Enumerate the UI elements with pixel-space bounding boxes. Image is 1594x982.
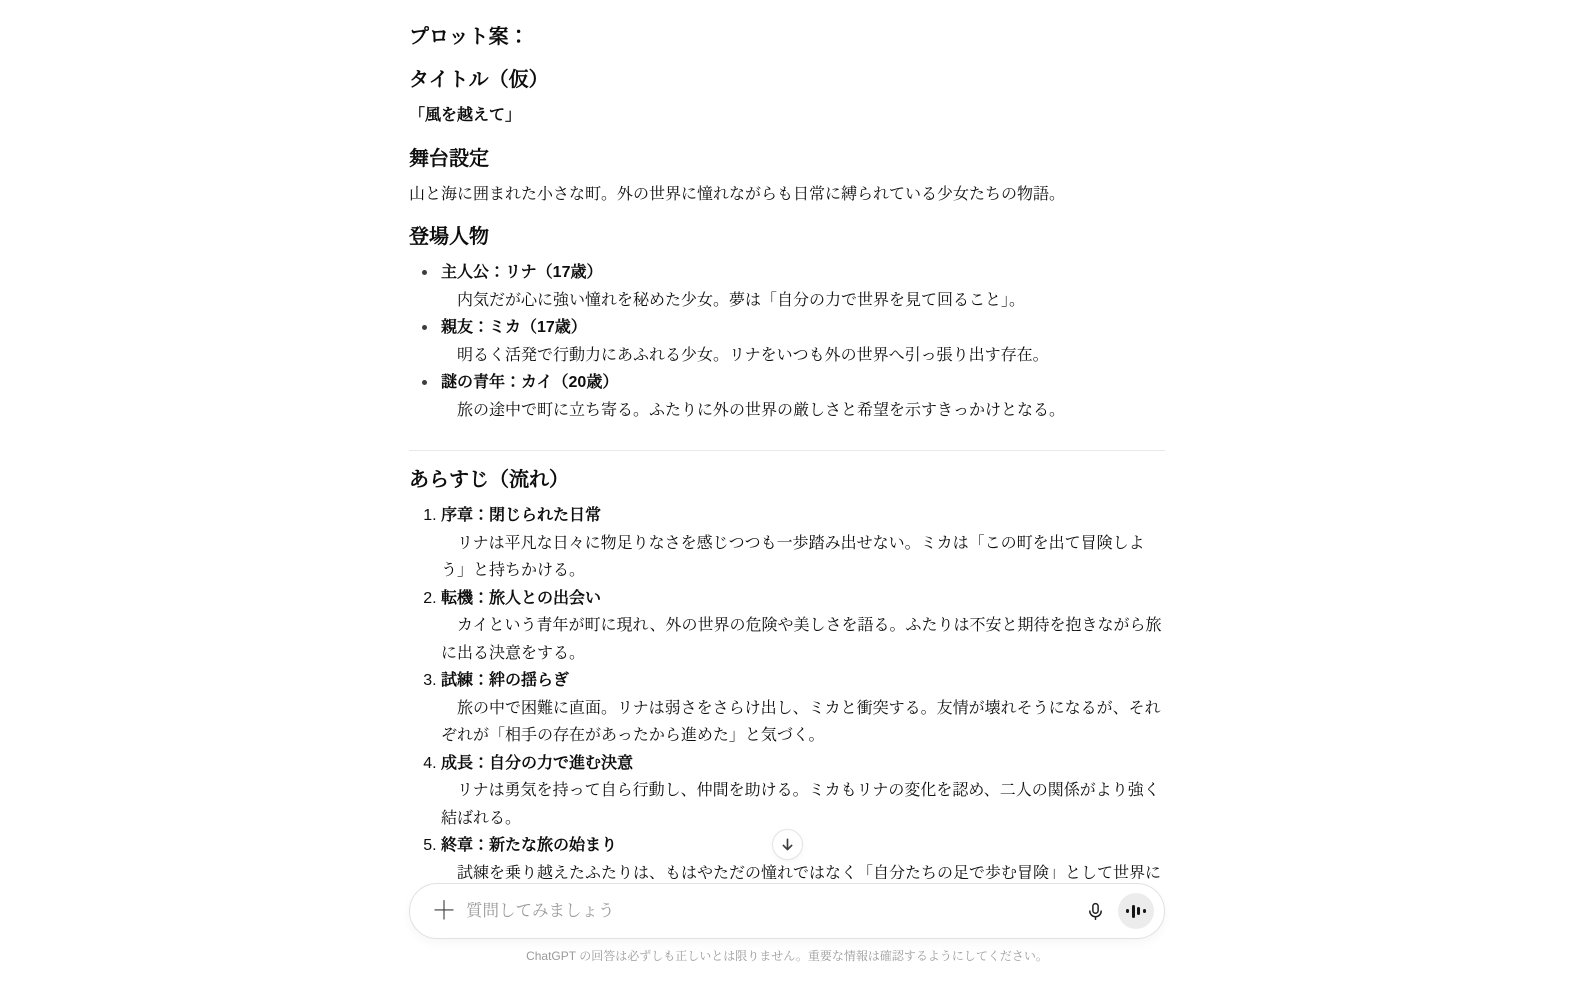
- plot-step-description: カイという青年が町に現れ、外の世界の危険や美しさを語る。ふたりは不安と期待を抱き…: [441, 612, 1165, 667]
- plot-step-title: 試練：絆の揺らぎ: [441, 672, 569, 689]
- plot-section-heading: あらすじ（流れ）: [409, 466, 1165, 494]
- mic-icon: [1085, 901, 1106, 922]
- arrow-down-icon: [780, 837, 795, 852]
- voice-mode-button[interactable]: [1118, 893, 1154, 929]
- voice-mode-icon: [1126, 905, 1146, 918]
- disclaimer-text: ChatGPT の回答は必ずしも正しいとは限りません。重要な情報は確認するように…: [409, 948, 1165, 964]
- chatgpt-conversation-page: { "content": { "main_heading": "プロット案：",…: [0, 0, 1594, 982]
- list-item: 親友：ミカ（17歳） 明るく活発で行動力にあふれる少女。リナをいつも外の世界へ引…: [441, 314, 1165, 369]
- attach-button[interactable]: ＋: [428, 895, 460, 927]
- character-name: 謎の青年：カイ（20歳）: [441, 374, 618, 391]
- list-item: 序章：閉じられた日常 リナは平凡な日々に物足りなさを感じつつも一歩踏み出せない。…: [441, 502, 1165, 585]
- plot-step-description: 旅の中で困難に直面。リナは弱さをさらけ出し、ミカと衝突する。友情が壊れそうになる…: [441, 695, 1165, 750]
- list-item: 試練：絆の揺らぎ 旅の中で困難に直面。リナは弱さをさらけ出し、ミカと衝突する。友…: [441, 667, 1165, 750]
- list-item: 主人公：リナ（17歳） 内気だが心に強い憧れを秘めた少女。夢は「自分の力で世界を…: [441, 259, 1165, 314]
- main-heading: プロット案：: [409, 23, 1165, 51]
- message-input[interactable]: [466, 902, 1078, 921]
- title-section-heading: タイトル（仮）: [409, 66, 1165, 94]
- plot-step-description: リナは平凡な日々に物足りなさを感じつつも一歩踏み出せない。ミカは「この町を出て冒…: [441, 530, 1165, 585]
- list-item: 転機：旅人との出会い カイという青年が町に現れ、外の世界の危険や美しさを語る。ふ…: [441, 585, 1165, 668]
- section-divider: [409, 450, 1165, 451]
- plot-step-title: 成長：自分の力で進む決意: [441, 755, 633, 772]
- scroll-to-bottom-button[interactable]: [772, 829, 803, 860]
- list-item: 成長：自分の力で進む決意 リナは勇気を持って自ら行動し、仲間を助ける。ミカもリナ…: [441, 750, 1165, 833]
- plot-step-title: 終章：新たな旅の始まり: [441, 837, 617, 854]
- dictate-button[interactable]: [1078, 894, 1112, 928]
- plot-step-title: 序章：閉じられた日常: [441, 507, 601, 524]
- plot-step-title: 転機：旅人との出会い: [441, 590, 601, 607]
- plus-icon: ＋: [431, 896, 456, 926]
- character-description: 内気だが心に強い憧れを秘めた少女。夢は「自分の力で世界を見て回ること」。: [441, 287, 1165, 315]
- character-description: 旅の途中で町に立ち寄る。ふたりに外の世界の厳しさと希望を示すきっかけとなる。: [441, 397, 1165, 425]
- story-title: 「風を越えて」: [409, 102, 1165, 130]
- character-name: 主人公：リナ（17歳）: [441, 264, 602, 281]
- characters-section-heading: 登場人物: [409, 223, 1165, 251]
- list-item: 謎の青年：カイ（20歳） 旅の途中で町に立ち寄る。ふたりに外の世界の厳しさと希望…: [441, 369, 1165, 424]
- message-composer[interactable]: ＋: [409, 883, 1165, 939]
- setting-section-heading: 舞台設定: [409, 145, 1165, 173]
- plot-step-description: リナは勇気を持って自ら行動し、仲間を助ける。ミカもリナの変化を認め、二人の関係が…: [441, 777, 1165, 832]
- character-list: 主人公：リナ（17歳） 内気だが心に強い憧れを秘めた少女。夢は「自分の力で世界を…: [409, 259, 1165, 424]
- composer-area: ＋ ChatGPT の回答は必ずしも正しいとは限りません。重要な情報は確認するよ…: [409, 879, 1165, 964]
- character-name: 親友：ミカ（17歳）: [441, 319, 587, 336]
- character-description: 明るく活発で行動力にあふれる少女。リナをいつも外の世界へ引っ張り出す存在。: [441, 342, 1165, 370]
- assistant-message: プロット案： タイトル（仮） 「風を越えて」 舞台設定 山と海に囲まれた小さな町…: [409, 0, 1165, 925]
- setting-body: 山と海に囲まれた小さな町。外の世界に憧れながらも日常に縛られている少女たちの物語…: [409, 181, 1165, 209]
